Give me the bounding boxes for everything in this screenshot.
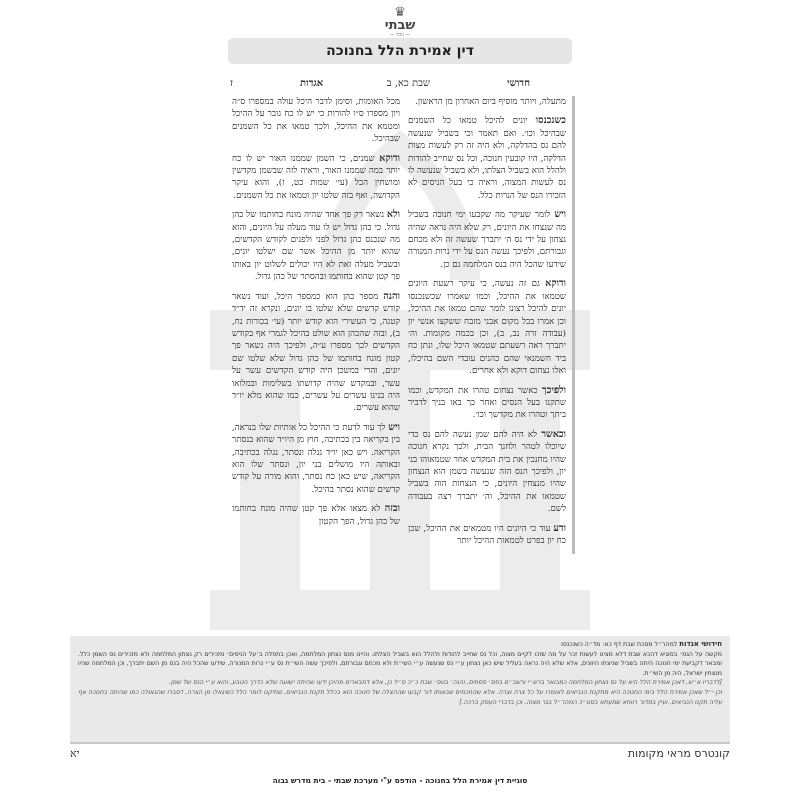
notes-body: מקשה על הגמ׳ בסוגיא דהכא שבת דלא מצינו ל… — [78, 650, 722, 679]
paragraph: ובזה לא מצאו אלא פך קטן שהיה מונח בחותמו… — [232, 503, 400, 528]
running-head-number: ז — [230, 78, 233, 89]
notes-heading: חידושי אגדות למהר״ל מסכת שבת דף כא: מד״ה… — [78, 640, 722, 650]
paragraph: מתעלה, ויותר מוסיף ביום האחרון מן הראשון… — [408, 96, 566, 108]
footer-title: קונטרס מראי מקומות — [628, 747, 730, 760]
paragraph: ויש לומר שעיקר מה שקבעו ימי חנוכה בשביל … — [408, 209, 566, 271]
page-title: דין אמירת הלל בחנוכה — [228, 38, 572, 64]
running-head-agadot: אגדות — [300, 78, 323, 89]
paragraph: ודוקא שמנים, כי השמן שממנו האור יש לו כח… — [232, 153, 400, 203]
commentary-column-left: מכל האומות, וסימן לדבר היכל עולה במספרו … — [232, 96, 400, 535]
watermark-logo-icon — [150, 110, 650, 670]
paragraph: ולפיכך כאשר נצחום טהרו את המקדש, וכמו שת… — [408, 385, 566, 422]
logo-name: שבתי — [375, 19, 425, 32]
print-credit: סוגיית דין אמירת הלל בחנוכה - הודפס ע"י … — [0, 776, 800, 785]
paragraph: ולא נשאר רק פך אחד שהיה מונח בחותמו של כ… — [232, 209, 400, 283]
notes-italic-2: וכן י״ל שאכן אמירת הלל בימי החנוכה היא מ… — [78, 688, 722, 707]
running-head-chidushei: חדושי — [507, 78, 530, 89]
paragraph: מכל האומות, וסימן לדבר היכל עולה במספרו … — [232, 96, 400, 146]
paragraph: ודע עוד כי היונים היו מטמאים את ההיכל, ש… — [408, 523, 566, 548]
paragraph: והנה מספר כהן הוא כמספר היכל, ועוד נשאר … — [232, 291, 400, 415]
page-footer: קונטרס מראי מקומות יא — [70, 747, 730, 763]
paragraph: ודוקא גם זה נעשה, כי עיקר רשעת היונים שט… — [408, 278, 566, 377]
page-number: יא — [70, 747, 80, 760]
notes-box: חידושי אגדות למהר״ל מסכת שבת דף כא: מד״ה… — [70, 636, 730, 744]
running-head-reference: שבת כא, ב — [387, 78, 430, 89]
paragraph: כשנכנסו יונים להיכל טמאו כל השמנים שבהיכ… — [408, 115, 566, 202]
commentary-column-right: מתעלה, ויותר מוסיף ביום האחרון מן הראשון… — [408, 96, 575, 554]
running-head: חדושי שבת כא, ב אגדות ז — [230, 78, 570, 92]
paragraph: ויש לך עוד לדעת כי ההיכל כל אותיות שלו ב… — [232, 422, 400, 496]
notes-italic-1: [לדבריו א״ש, דאכן אמירת הלל היא על נס נצ… — [78, 678, 722, 688]
publisher-logo: ♛ שבתי ~ נוסד ~ — [375, 6, 425, 38]
paragraph: וכאשר לא היה להם שמן נעשה להם נס כדי שיו… — [408, 429, 566, 516]
